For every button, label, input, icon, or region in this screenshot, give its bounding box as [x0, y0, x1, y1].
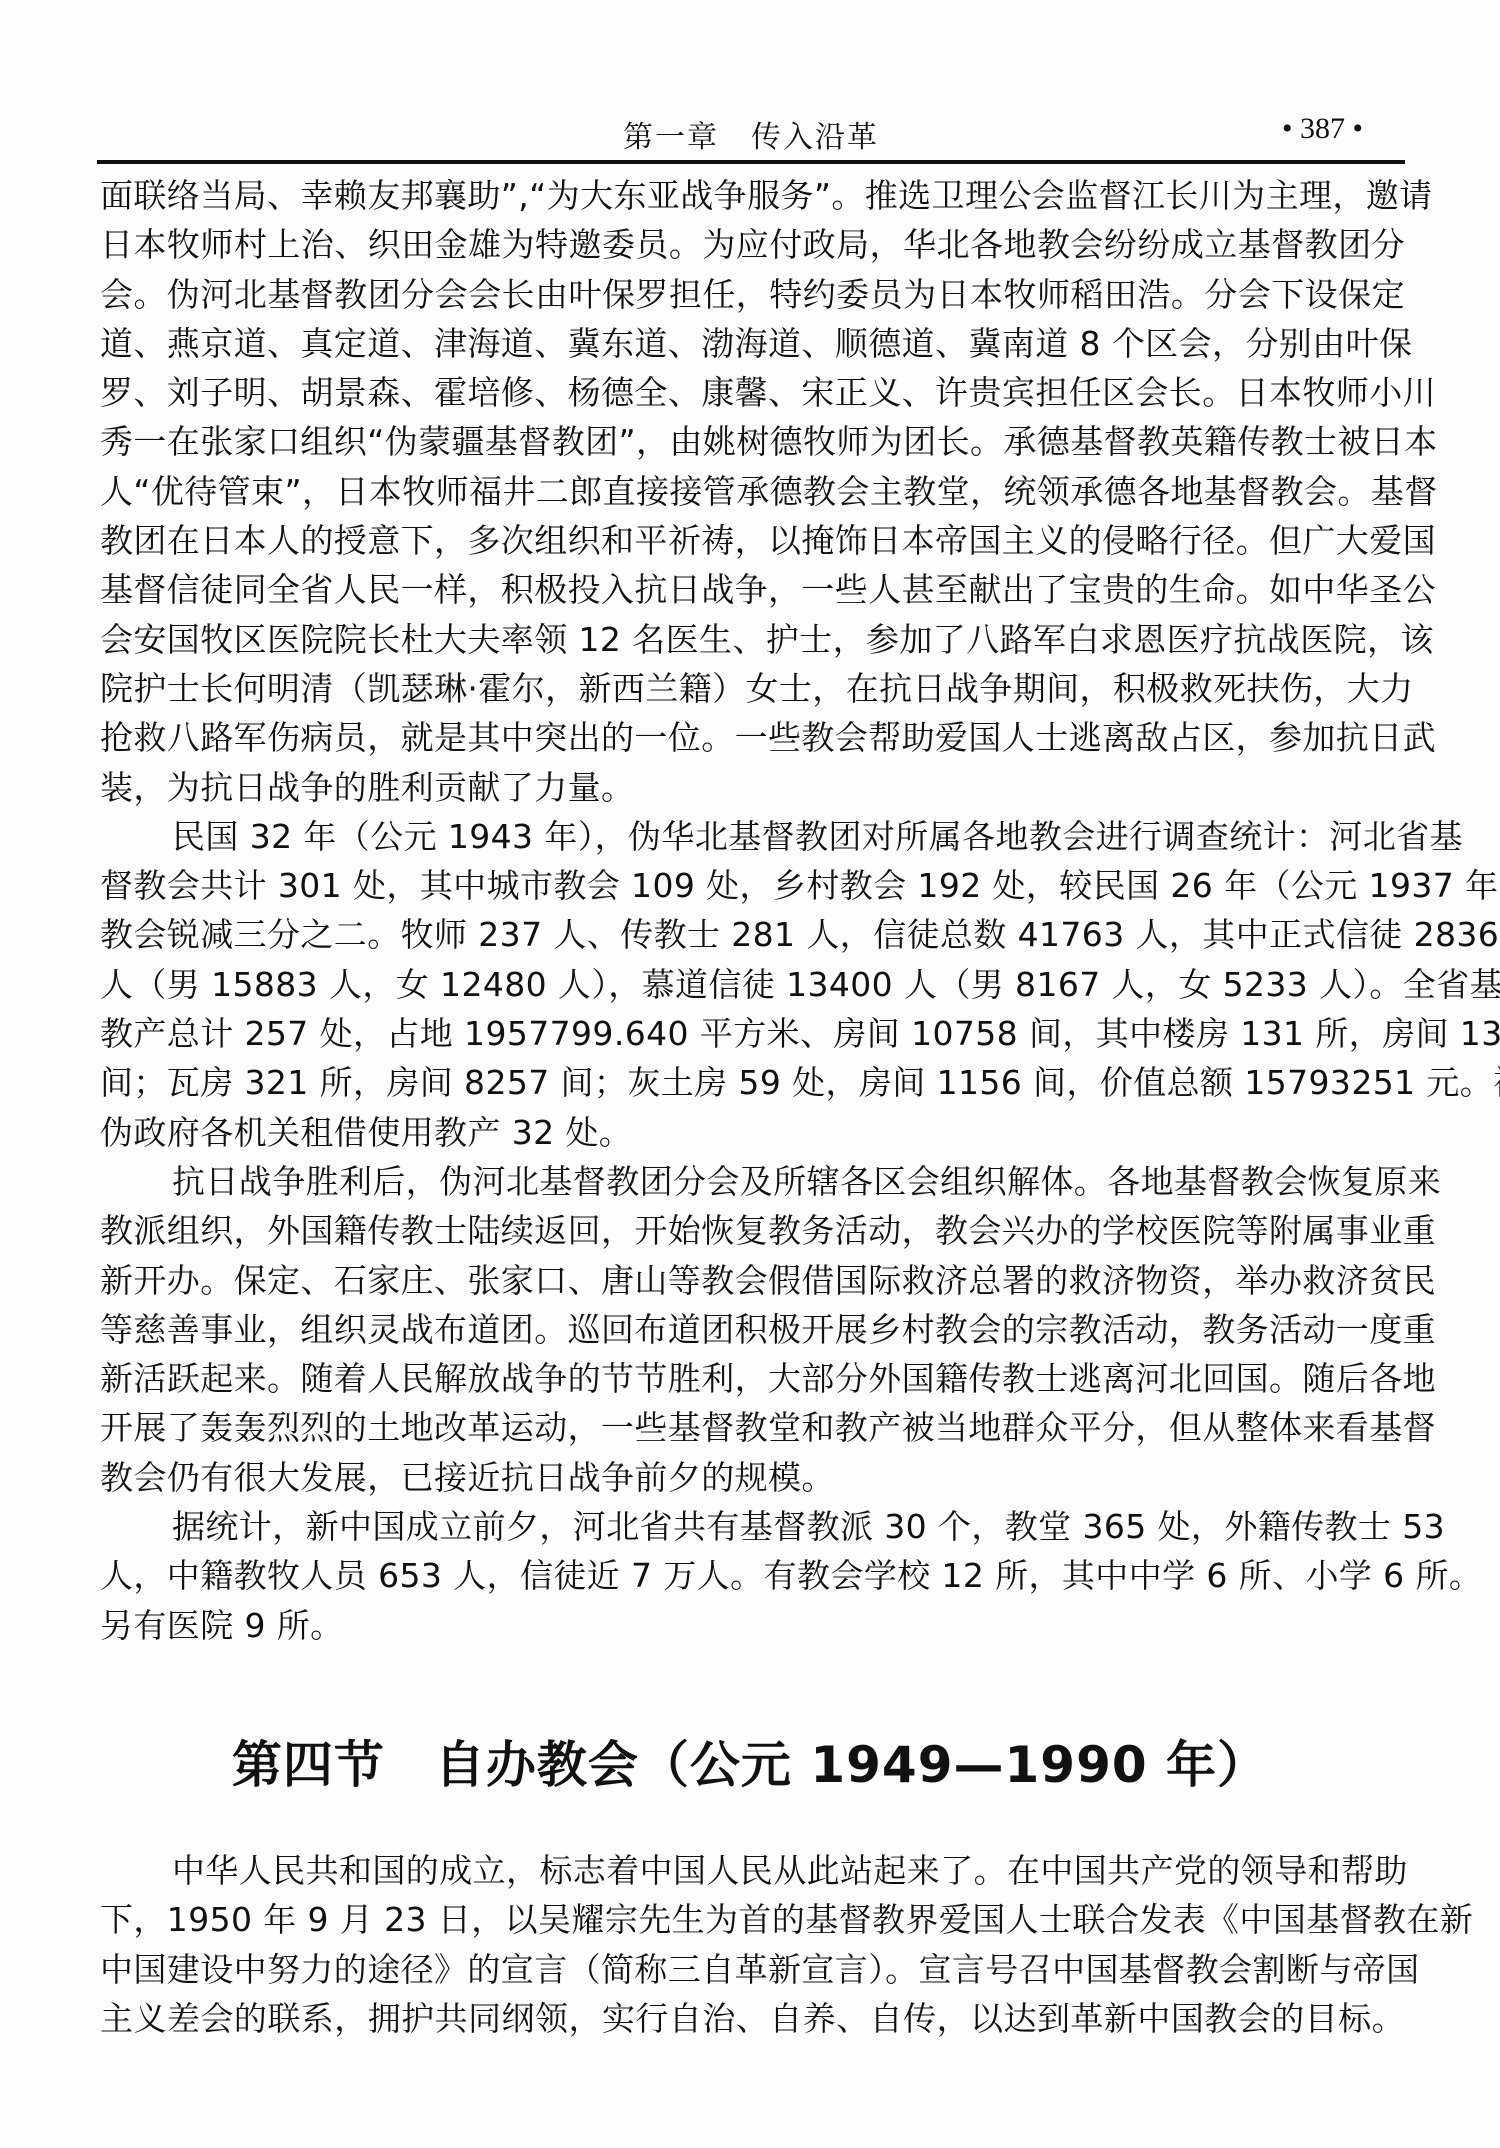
text-line: 基督信徒同全省人民一样，积极投入抗日战争，一些人甚至献出了宝贵的生命。如中华圣公: [100, 565, 1405, 614]
text-line: 中华人民共和国的成立，标志着中国人民从此站起来了。在中国共产党的领导和帮助: [100, 1846, 1405, 1895]
text-line: 面联络当局、幸赖友邦襄助”,“为大东亚战争服务”。推选卫理公会监督江长川为主理，…: [100, 171, 1405, 220]
text-line: 装，为抗日战争的胜利贡献了力量。: [100, 763, 1405, 812]
paragraph: 据统计，新中国成立前夕，河北省共有基督教派 30 个，教堂 365 处，外籍传教…: [100, 1502, 1405, 1650]
section-heading: 第四节自办教会（公元 1949—1990 年）: [0, 1725, 1500, 1797]
section-title: 自办教会（公元 1949—1990 年）: [435, 1736, 1268, 1794]
text-line: 教产总计 257 处，占地 1957799.640 平方米、房间 10758 间…: [100, 1009, 1405, 1058]
text-line: 道、燕京道、真定道、津海道、冀东道、渤海道、顺德道、冀南道 8 个区会，分别由叶…: [100, 319, 1405, 368]
text-line: 教团在日本人的授意下，多次组织和平祈祷，以掩饰日本帝国主义的侵略行径。但广大爱国: [100, 516, 1405, 565]
text-line: 人“优待管束”，日本牧师福井二郎直接接管承德教会主教堂，统领承德各地基督教会。基…: [100, 467, 1405, 516]
text-line: 新开办。保定、石家庄、张家口、唐山等教会假借国际救济总署的救济物资，举办救济贫民: [100, 1256, 1405, 1305]
running-header: 第一章 传入沿革 • 387 •: [97, 110, 1405, 154]
text-line: 下，1950 年 9 月 23 日，以吴耀宗先生为首的基督教界爱国人士联合发表《…: [100, 1895, 1405, 1944]
paragraph: 面联络当局、幸赖友邦襄助”,“为大东亚战争服务”。推选卫理公会监督江长川为主理，…: [100, 171, 1405, 812]
body-text-bottom: 中华人民共和国的成立，标志着中国人民从此站起来了。在中国共产党的领导和帮助 下，…: [100, 1846, 1405, 2043]
text-line: 罗、刘子明、胡景森、霍培修、杨德全、康馨、宋正义、许贵宾担任区会长。日本牧师小川: [100, 368, 1405, 417]
text-line: 民国 32 年（公元 1943 年），伪华北基督教团对所属各地教会进行调查统计：…: [100, 812, 1405, 861]
chapter-title: 第一章 传入沿革: [97, 112, 1405, 156]
text-line: 开展了轰轰烈烈的土地改革运动，一些基督教堂和教产被当地群众平分，但从整体来看基督: [100, 1403, 1405, 1452]
text-line: 教派组织，外国籍传教士陆续返回，开始恢复教务活动，教会兴办的学校医院等附属事业重: [100, 1206, 1405, 1255]
paragraph: 中华人民共和国的成立，标志着中国人民从此站起来了。在中国共产党的领导和帮助 下，…: [100, 1846, 1405, 2043]
text-line: 督教会共计 301 处，其中城市教会 109 处，乡村教会 192 处，较民国 …: [100, 861, 1405, 910]
text-line: 另有医院 9 所。: [100, 1601, 1405, 1650]
text-line: 中国建设中努力的途径》的宣言（简称三自革新宣言）。宣言号召中国基督教会割断与帝国: [100, 1945, 1405, 1994]
text-line: 院护士长何明清（凯瑟琳·霍尔，新西兰籍）女士，在抗日战争期间，积极救死扶伤，大力: [100, 664, 1405, 713]
text-line: 人，中籍教牧人员 653 人，信徒近 7 万人。有教会学校 12 所，其中中学 …: [100, 1551, 1405, 1600]
section-number: 第四节: [232, 1736, 385, 1794]
text-line: 日本牧师村上治、织田金雄为特邀委员。为应付政局，华北各地教会纷纷成立基督教团分: [100, 220, 1405, 269]
text-line: 教会仍有很大发展，已接近抗日战争前夕的规模。: [100, 1453, 1405, 1502]
paragraph: 抗日战争胜利后，伪河北基督教团分会及所辖各区会组织解体。各地基督教会恢复原来 教…: [100, 1157, 1405, 1502]
text-line: 教会锐减三分之二。牧师 237 人、传教士 281 人，信徒总数 41763 人…: [100, 910, 1405, 959]
text-line: 等慈善事业，组织灵战布道团。巡回布道团积极开展乡村教会的宗教活动，教务活动一度重: [100, 1305, 1405, 1354]
text-line: 据统计，新中国成立前夕，河北省共有基督教派 30 个，教堂 365 处，外籍传教…: [100, 1502, 1405, 1551]
text-line: 秀一在张家口组织“伪蒙疆基督教团”，由姚树德牧师为团长。承德基督教英籍传教士被日…: [100, 417, 1405, 466]
text-line: 人（男 15883 人，女 12480 人），慕道信徒 13400 人（男 81…: [100, 960, 1405, 1009]
body-text-top: 面联络当局、幸赖友邦襄助”,“为大东亚战争服务”。推选卫理公会监督江长川为主理，…: [100, 171, 1405, 1650]
text-line: 伪政府各机关租借使用教产 32 处。: [100, 1108, 1405, 1157]
header-rule: [97, 160, 1405, 164]
page-number: • 387 •: [1282, 112, 1363, 146]
text-line: 抢救八路军伤病员，就是其中突出的一位。一些教会帮助爱国人士逃离敌占区，参加抗日武: [100, 713, 1405, 762]
book-page: 第一章 传入沿革 • 387 • 面联络当局、幸赖友邦襄助”,“为大东亚战争服务…: [0, 0, 1500, 2148]
text-line: 新活跃起来。随着人民解放战争的节节胜利，大部分外国籍传教士逃离河北回国。随后各地: [100, 1354, 1405, 1403]
text-line: 抗日战争胜利后，伪河北基督教团分会及所辖各区会组织解体。各地基督教会恢复原来: [100, 1157, 1405, 1206]
text-line: 会。伪河北基督教团分会会长由叶保罗担任，特约委员为日本牧师稻田浩。分会下设保定: [100, 270, 1405, 319]
text-line: 间；瓦房 321 所，房间 8257 间；灰土房 59 处，房间 1156 间，…: [100, 1058, 1405, 1107]
paragraph: 民国 32 年（公元 1943 年），伪华北基督教团对所属各地教会进行调查统计：…: [100, 812, 1405, 1157]
text-line: 会安国牧区医院院长杜大夫率领 12 名医生、护士，参加了八路军白求恩医疗抗战医院…: [100, 615, 1405, 664]
text-line: 主义差会的联系，拥护共同纲领，实行自治、自养、自传，以达到革新中国教会的目标。: [100, 1994, 1405, 2043]
